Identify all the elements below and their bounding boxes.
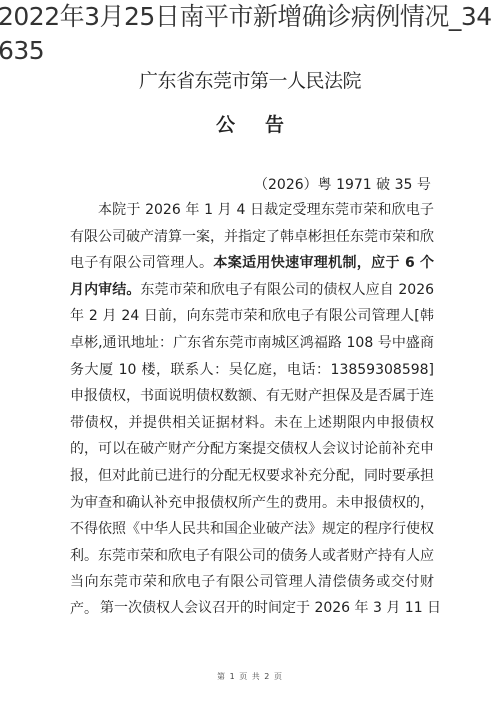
- court-name: 广东省东莞市第一人民法院: [0, 66, 500, 93]
- paragraph-1: 本院于 2026 年 1 月 4 日裁定受理东莞市荣和欣电子有限公司破产清算一案…: [70, 197, 434, 623]
- page-number: 第 1 页 共 2 页: [0, 671, 500, 682]
- notice-title: 公告: [0, 110, 500, 137]
- document-page: 广东省东莞市第一人民法院 公告 （2026）粤 1971 破 35 号 本院于 …: [0, 0, 500, 707]
- notice-body: 本院于 2026 年 1 月 4 日裁定受理东莞市荣和欣电子有限公司破产清算一案…: [70, 197, 434, 623]
- case-number: （2026）粤 1971 破 35 号: [254, 174, 431, 194]
- paragraph-2: 第一次债权人会议召开的时间定于 2026 年 3 月 11 日: [100, 597, 441, 617]
- paragraph-1-part-2: 东莞市荣和欣电子有限公司的债权人应自 2026 年 2 月 24 日前，向东莞市…: [70, 282, 434, 617]
